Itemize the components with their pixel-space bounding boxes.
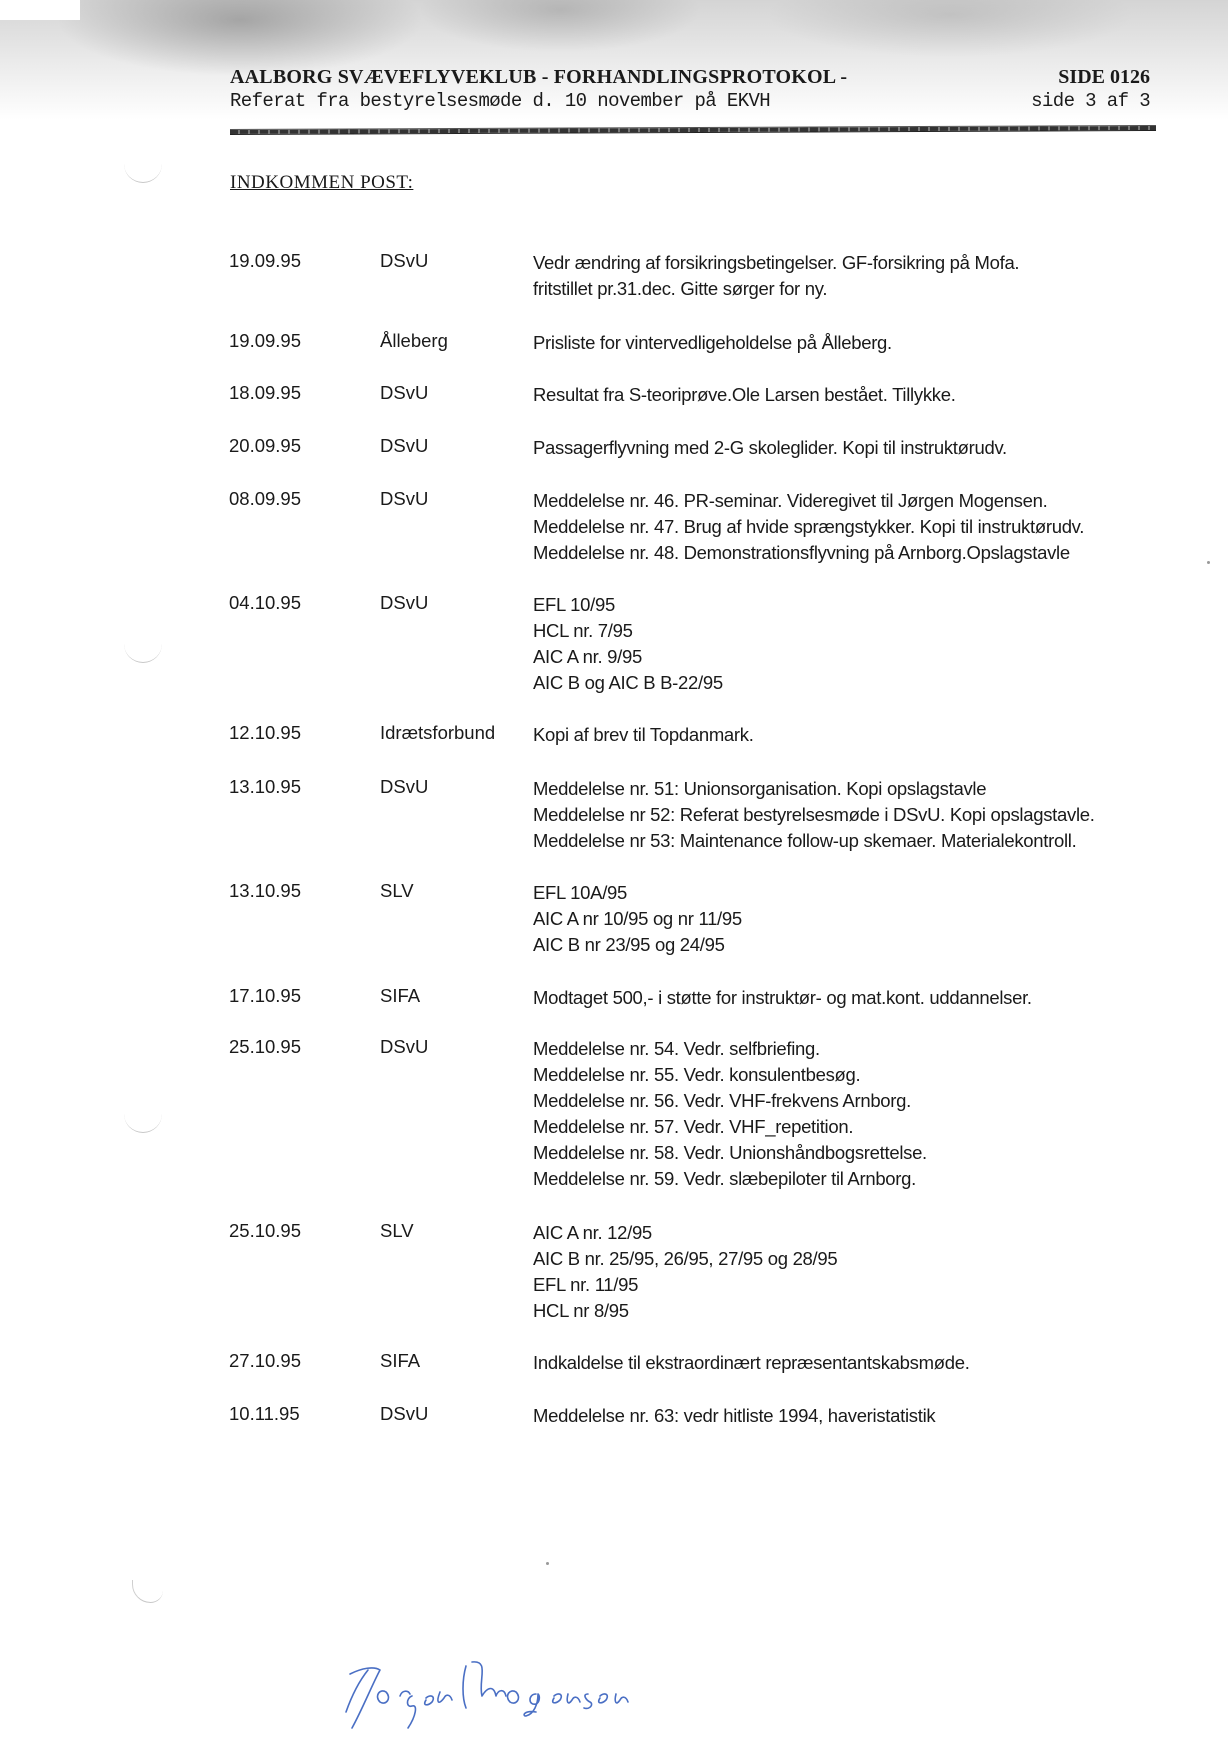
entry-sender: DSvU: [380, 382, 428, 404]
punch-hole-mark: [132, 1580, 163, 1603]
entry-line: Meddelelse nr. 56. Vedr. VHF-frekvens Ar…: [533, 1088, 927, 1114]
entry-line: AIC B nr. 25/95, 26/95, 27/95 og 28/95: [533, 1246, 837, 1272]
entry-date: 10.11.95: [229, 1403, 300, 1425]
entry-date: 19.09.95: [229, 250, 301, 272]
entry-line: fritstillet pr.31.dec. Gitte sørger for …: [533, 276, 1019, 302]
entry-sender: DSvU: [380, 488, 428, 510]
entry-description: EFL 10A/95AIC A nr 10/95 og nr 11/95AIC …: [533, 880, 742, 958]
scan-speck: [1207, 561, 1210, 564]
entry-line: Meddelelse nr. 55. Vedr. konsulentbesøg.: [533, 1062, 927, 1088]
entry-sender: DSvU: [380, 776, 428, 798]
entry-sender: DSvU: [380, 592, 428, 614]
entry-description: AIC A nr. 12/95AIC B nr. 25/95, 26/95, 2…: [533, 1220, 837, 1324]
entry-date: 13.10.95: [229, 776, 301, 798]
entry-sender: SLV: [380, 1220, 414, 1242]
entry-line: AIC B nr 23/95 og 24/95: [533, 932, 742, 958]
entry-line: Meddelelse nr. 63: vedr hitliste 1994, h…: [533, 1403, 935, 1429]
entry-date: 27.10.95: [229, 1350, 301, 1372]
entry-line: Modtaget 500,- i støtte for instruktør- …: [533, 985, 1032, 1011]
signature: [340, 1640, 680, 1730]
entry-description: Passagerflyvning med 2-G skoleglider. Ko…: [533, 435, 1007, 461]
entry-description: Modtaget 500,- i støtte for instruktør- …: [533, 985, 1032, 1011]
entry-description: Kopi af brev til Topdanmark.: [533, 722, 754, 748]
entry-date: 25.10.95: [229, 1036, 301, 1058]
entry-line: Meddelelse nr. 54. Vedr. selfbriefing.: [533, 1036, 927, 1062]
entry-description: Meddelelse nr. 51: Unionsorganisation. K…: [533, 776, 1095, 854]
entry-date: 18.09.95: [229, 382, 301, 404]
entry-description: EFL 10/95HCL nr. 7/95AIC A nr. 9/95AIC B…: [533, 592, 723, 696]
entry-line: HCL nr. 7/95: [533, 618, 723, 644]
entry-line: Meddelelse nr. 57. Vedr. VHF_repetition.: [533, 1114, 927, 1140]
entry-line: AIC A nr. 9/95: [533, 644, 723, 670]
entry-description: Indkaldelse til ekstraordinært repræsent…: [533, 1350, 970, 1376]
entry-description: Prisliste for vintervedligeholdelse på Å…: [533, 330, 892, 356]
entry-date: 04.10.95: [229, 592, 301, 614]
entry-sender: SIFA: [380, 1350, 420, 1372]
entry-description: Meddelelse nr. 63: vedr hitliste 1994, h…: [533, 1403, 935, 1429]
entry-sender: Idrætsforbund: [380, 722, 495, 744]
entry-sender: SIFA: [380, 985, 420, 1007]
document-subtitle: Referat fra bestyrelsesmøde d. 10 novemb…: [230, 90, 770, 112]
entry-sender: SLV: [380, 880, 414, 902]
entry-sender: DSvU: [380, 1403, 428, 1425]
page-number: side 3 af 3: [1031, 90, 1150, 112]
scan-edge: [0, 0, 80, 20]
entry-line: HCL nr 8/95: [533, 1298, 837, 1324]
entry-line: Meddelelse nr. 46. PR-seminar. Videregiv…: [533, 488, 1084, 514]
entry-line: EFL 10/95: [533, 592, 723, 618]
entry-line: Kopi af brev til Topdanmark.: [533, 722, 754, 748]
entry-line: Meddelelse nr 52: Referat bestyrelsesmød…: [533, 802, 1095, 828]
entry-line: Meddelelse nr 53: Maintenance follow-up …: [533, 828, 1095, 854]
entry-line: Meddelelse nr. 51: Unionsorganisation. K…: [533, 776, 1095, 802]
entry-line: Meddelelse nr. 48. Demonstrationsflyvnin…: [533, 540, 1084, 566]
entry-line: Meddelelse nr. 59. Vedr. slæbepiloter ti…: [533, 1166, 927, 1192]
entry-date: 08.09.95: [229, 488, 301, 510]
entry-line: EFL nr. 11/95: [533, 1272, 837, 1298]
entry-description: Resultat fra S-teoriprøve.Ole Larsen bes…: [533, 382, 956, 408]
entry-line: Vedr ændring af forsikringsbetingelser. …: [533, 250, 1019, 276]
entry-date: 20.09.95: [229, 435, 301, 457]
punch-hole-mark: [124, 640, 162, 663]
entry-line: EFL 10A/95: [533, 880, 742, 906]
entry-line: AIC A nr 10/95 og nr 11/95: [533, 906, 742, 932]
entry-line: AIC A nr. 12/95: [533, 1220, 837, 1246]
entry-line: Meddelelse nr. 47. Brug af hvide sprængs…: [533, 514, 1084, 540]
entry-line: Resultat fra S-teoriprøve.Ole Larsen bes…: [533, 382, 956, 408]
document-title: AALBORG SVÆVEFLYVEKLUB - FORHANDLINGSPRO…: [230, 66, 847, 89]
entry-line: AIC B og AIC B B-22/95: [533, 670, 723, 696]
entry-line: Meddelelse nr. 58. Vedr. Unionshåndbogsr…: [533, 1140, 927, 1166]
entry-sender: Ålleberg: [380, 330, 448, 352]
section-heading: INDKOMMEN POST:: [230, 172, 413, 194]
entry-description: Meddelelse nr. 54. Vedr. selfbriefing.Me…: [533, 1036, 927, 1192]
entry-sender: DSvU: [380, 250, 428, 272]
page-code: SIDE 0126: [1058, 66, 1150, 89]
punch-hole-mark: [124, 160, 162, 183]
entry-line: Indkaldelse til ekstraordinært repræsent…: [533, 1350, 970, 1376]
scan-speck: [546, 1562, 549, 1565]
entry-line: Prisliste for vintervedligeholdelse på Å…: [533, 330, 892, 356]
entry-date: 19.09.95: [229, 330, 301, 352]
entry-date: 12.10.95: [229, 722, 301, 744]
entry-date: 13.10.95: [229, 880, 301, 902]
entry-line: Passagerflyvning med 2-G skoleglider. Ko…: [533, 435, 1007, 461]
punch-hole-mark: [124, 1110, 162, 1133]
entry-sender: DSvU: [380, 435, 428, 457]
entry-description: Meddelelse nr. 46. PR-seminar. Videregiv…: [533, 488, 1084, 566]
entry-description: Vedr ændring af forsikringsbetingelser. …: [533, 250, 1019, 302]
entry-date: 17.10.95: [229, 985, 301, 1007]
entry-date: 25.10.95: [229, 1220, 301, 1242]
entry-sender: DSvU: [380, 1036, 428, 1058]
